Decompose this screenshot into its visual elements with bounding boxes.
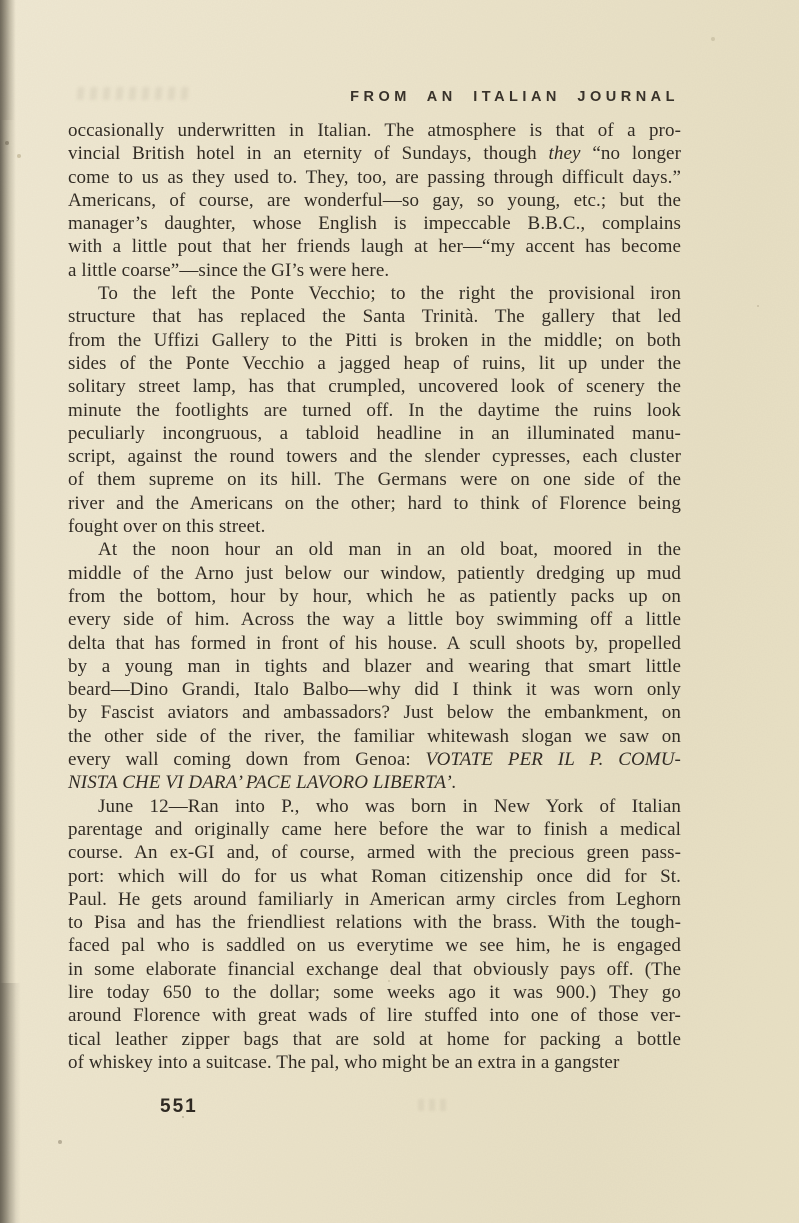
text-line: river and the Americans on the other; ha… (68, 492, 681, 515)
text-line: faced pal who is saddled on us everytime… (68, 934, 681, 957)
text-line: a little coarse”—since the GI’s were her… (68, 259, 681, 282)
text-line: beard—Dino Grandi, Italo Balbo—why did I… (68, 678, 681, 701)
paper-specks (0, 0, 2, 2)
paragraph: June 12—Ran into P., who was born in New… (68, 795, 681, 1075)
text-line: manager’s daughter, whose English is imp… (68, 212, 681, 235)
text-line: To the left the Ponte Vecchio; to the ri… (68, 282, 681, 305)
text-line: tical leather zipper bags that are sold … (68, 1028, 681, 1051)
bleedthrough-smudge-bottom (418, 1099, 450, 1111)
text-line: minute the footlights are turned off. In… (68, 399, 681, 422)
text-line: from the Uffizi Gallery to the Pitti is … (68, 329, 681, 352)
book-page: FROM AN ITALIAN JOURNAL occasionally und… (0, 0, 799, 1223)
bleedthrough-smudge-top (76, 87, 193, 100)
text-line: by Fascist aviators and ambassadors? Jus… (68, 701, 681, 724)
text-line: of whiskey into a suitcase. The pal, who… (68, 1051, 681, 1074)
text-line: in some elaborate financial exchange dea… (68, 958, 681, 981)
text-line: Paul. He gets around familiarly in Ameri… (68, 888, 681, 911)
text-line: NISTA CHE VI DARA’ PACE LAVORO LIBERTA’. (68, 771, 681, 794)
text-line: script, against the round towers and the… (68, 445, 681, 468)
paragraph: To the left the Ponte Vecchio; to the ri… (68, 282, 681, 538)
text-line: lire today 650 to the dollar; some weeks… (68, 981, 681, 1004)
paragraph: occasionally underwritten in Italian. Th… (68, 119, 681, 282)
text-line: sides of the Ponte Vecchio a jagged heap… (68, 352, 681, 375)
text-line: of them supreme on its hill. The Germans… (68, 468, 681, 491)
text-line: by a young man in tights and blazer and … (68, 655, 681, 678)
text-line: peculiarly incongruous, a tabloid headli… (68, 422, 681, 445)
text-line: solitary street lamp, has that crumpled,… (68, 375, 681, 398)
text-line: middle of the Arno just below our window… (68, 562, 681, 585)
text-line: to Pisa and has the friendliest relation… (68, 911, 681, 934)
text-line: around Florence with great wads of lire … (68, 1004, 681, 1027)
text-line: vincial British hotel in an eternity of … (68, 142, 681, 165)
text-line: occasionally underwritten in Italian. Th… (68, 119, 681, 142)
running-header: FROM AN ITALIAN JOURNAL (350, 89, 679, 105)
text-line: At the noon hour an old man in an old bo… (68, 538, 681, 561)
text-line: delta that has formed in front of his ho… (68, 632, 681, 655)
text-block: occasionally underwritten in Italian. Th… (68, 119, 681, 1074)
text-line: parentage and originally came here befor… (68, 818, 681, 841)
text-line: June 12—Ran into P., who was born in New… (68, 795, 681, 818)
text-line: every wall coming down from Genoa: VOTAT… (68, 748, 681, 771)
text-line: port: which will do for us what Roman ci… (68, 865, 681, 888)
binding-shadow (0, 0, 16, 1223)
text-line: fought over on this street. (68, 515, 681, 538)
text-line: course. An ex-GI and, of course, armed w… (68, 841, 681, 864)
text-line: come to us as they used to. They, too, a… (68, 166, 681, 189)
text-line: the other side of the river, the familia… (68, 725, 681, 748)
text-line: from the bottom, hour by hour, which he … (68, 585, 681, 608)
text-line: Americans, of course, are wonderful—so g… (68, 189, 681, 212)
page-number: 551 (160, 1096, 198, 1118)
text-line: with a little pout that her friends laug… (68, 235, 681, 258)
text-line: every side of him. Across the way a litt… (68, 608, 681, 631)
text-line: structure that has replaced the Santa Tr… (68, 305, 681, 328)
paragraph: At the noon hour an old man in an old bo… (68, 538, 681, 794)
